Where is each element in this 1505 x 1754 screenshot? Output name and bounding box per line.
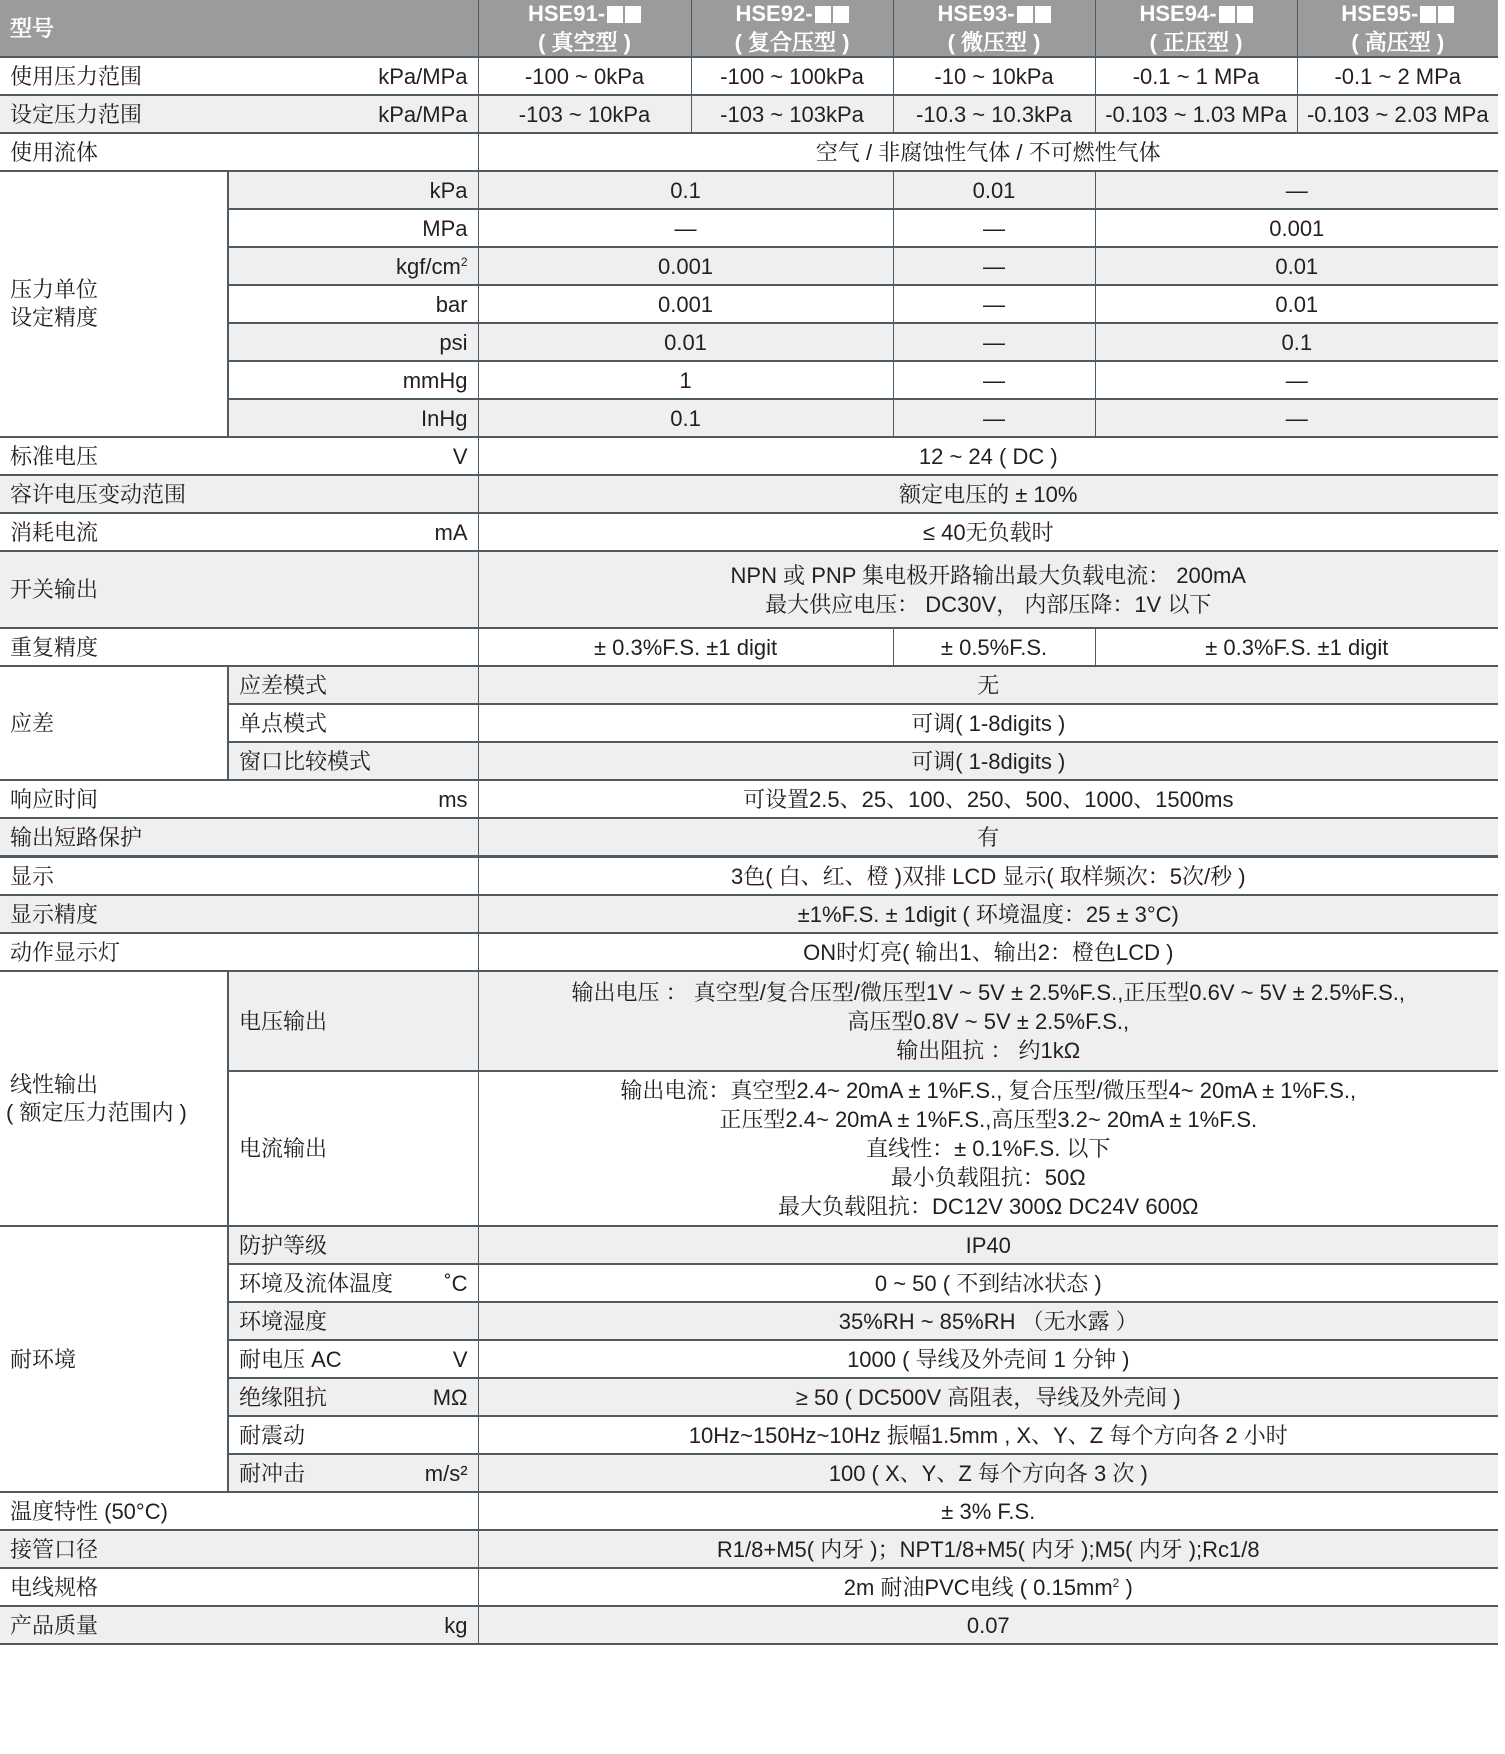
cell-value: 0.1 bbox=[1095, 323, 1498, 361]
unit-label: mmHg bbox=[228, 361, 478, 399]
row-label: 响应时间 bbox=[10, 786, 98, 813]
sub-label: 环境及流体温度 bbox=[239, 1270, 393, 1297]
row-label: 显示精度 bbox=[0, 895, 478, 933]
row-display-accuracy: 显示精度 ±1%F.S. ± 1digit ( 环境温度：25 ± 3°C) bbox=[0, 895, 1498, 933]
cell-value: 0.01 bbox=[478, 323, 893, 361]
row-label: 设定压力范围 bbox=[10, 101, 142, 128]
cell-value: — bbox=[478, 209, 893, 247]
model-hse94: HSE94-( 正压型 ) bbox=[1095, 0, 1297, 57]
row-cable: 电线规格 2m 耐油PVC电线 ( 0.15mm2 ) bbox=[0, 1568, 1498, 1606]
unit-label: kPa bbox=[228, 171, 478, 209]
cell-value: -103 ~ 10kPa bbox=[478, 95, 691, 133]
sub-label: 耐电压 AC bbox=[239, 1346, 342, 1373]
model-hse91: HSE91-( 真空型 ) bbox=[478, 0, 691, 57]
cell-value: IP40 bbox=[478, 1226, 1498, 1264]
row-label: 开关输出 bbox=[0, 551, 478, 628]
model-hse93: HSE93-( 微压型 ) bbox=[893, 0, 1095, 57]
row-short-protect: 输出短路保护 有 bbox=[0, 818, 1498, 857]
placeholder-boxes-icon bbox=[605, 2, 641, 29]
analog-label: 线性输出( 额定压力范围内 ) bbox=[0, 971, 228, 1226]
row-unit: V bbox=[453, 443, 468, 470]
spec-table: 型号 HSE91-( 真空型 ) HSE92-( 复合压型 ) HSE93-( … bbox=[0, 0, 1498, 1645]
row-unit: MΩ bbox=[433, 1384, 468, 1411]
environment-label: 耐环境 bbox=[0, 1226, 228, 1492]
sub-label: 耐冲击 bbox=[239, 1460, 305, 1487]
cell-value: 100 ( X、Y、Z 每个方向各 3 次 ) bbox=[478, 1454, 1498, 1492]
cell-value: 可设置2.5、25、100、250、500、1000、1500ms bbox=[478, 780, 1498, 818]
row-temp-characteristic: 温度特性 (50°C) ± 3% F.S. bbox=[0, 1492, 1498, 1530]
cell-value: 10Hz~150Hz~10Hz 振幅1.5mm , X、Y、Z 每个方向各 2 … bbox=[478, 1416, 1498, 1454]
row-label: 输出短路保护 bbox=[0, 818, 478, 857]
row-label: 标准电压 bbox=[10, 443, 98, 470]
cell-value: -10 ~ 10kPa bbox=[893, 57, 1095, 95]
row-label: 使用流体 bbox=[0, 133, 478, 171]
unit-label: kgf/cm2 bbox=[228, 247, 478, 285]
cell-value: 0 ~ 50 ( 不到结冰状态 ) bbox=[478, 1264, 1498, 1302]
sub-label: 电流输出 bbox=[228, 1071, 478, 1226]
cell-value: 0.01 bbox=[1095, 285, 1498, 323]
row-unit: ˚C bbox=[444, 1270, 467, 1297]
sub-label: 窗口比较模式 bbox=[228, 742, 478, 780]
row-repeatability: 重复精度 ± 0.3%F.S. ±1 digit ± 0.5%F.S. ± 0.… bbox=[0, 628, 1498, 666]
sub-label: 应差模式 bbox=[228, 666, 478, 704]
cell-value: -0.103 ~ 1.03 MPa bbox=[1095, 95, 1297, 133]
cell-value: 空气 / 非腐蚀性气体 / 不可燃性气体 bbox=[478, 133, 1498, 171]
row-label: 电线规格 bbox=[0, 1568, 478, 1606]
model-hse95: HSE95-( 高压型 ) bbox=[1297, 0, 1498, 57]
row-weight: 产品质量kg 0.07 bbox=[0, 1606, 1498, 1644]
sub-label: 耐震动 bbox=[239, 1422, 305, 1449]
row-unit: m/s² bbox=[425, 1460, 468, 1487]
resolution-label: 压力单位设定精度 bbox=[0, 171, 228, 437]
cell-value: NPN 或 PNP 集电极开路输出最大负载电流： 200mA最大供应电压： DC… bbox=[478, 551, 1498, 628]
cell-value: 0.001 bbox=[478, 247, 893, 285]
cell-value: ± 0.5%F.S. bbox=[893, 628, 1095, 666]
cell-value: 无 bbox=[478, 666, 1498, 704]
cell-value: 1000 ( 导线及外壳间 1 分钟 ) bbox=[478, 1340, 1498, 1378]
row-label: 温度特性 (50°C) bbox=[0, 1492, 478, 1530]
cell-value: ± 0.3%F.S. ±1 digit bbox=[478, 628, 893, 666]
placeholder-boxes-icon bbox=[813, 2, 849, 29]
row-unit: mA bbox=[435, 519, 468, 546]
row-switch-output: 开关输出 NPN 或 PNP 集电极开路输出最大负载电流： 200mA最大供应电… bbox=[0, 551, 1498, 628]
row-response: 响应时间ms 可设置2.5、25、100、250、500、1000、1500ms bbox=[0, 780, 1498, 818]
cell-value: 0.1 bbox=[478, 399, 893, 437]
cell-value: 2m 耐油PVC电线 ( 0.15mm2 ) bbox=[478, 1568, 1498, 1606]
row-analog-voltage: 线性输出( 额定压力范围内 ) 电压输出 输出电压 ： 真空型/复合压型/微压型… bbox=[0, 971, 1498, 1071]
cell-value: ±1%F.S. ± 1digit ( 环境温度：25 ± 3°C) bbox=[478, 895, 1498, 933]
cell-value: 0.1 bbox=[478, 171, 893, 209]
sub-label: 单点模式 bbox=[228, 704, 478, 742]
row-label: 使用压力范围 bbox=[10, 63, 142, 90]
row-unit: kg bbox=[444, 1612, 467, 1639]
cell-value: — bbox=[893, 247, 1095, 285]
cell-value: 额定电压的 ± 10% bbox=[478, 475, 1498, 513]
cell-value: 输出电流：真空型2.4~ 20mA ± 1%F.S., 复合压型/微压型4~ 2… bbox=[478, 1071, 1498, 1226]
cell-value: 0.01 bbox=[1095, 247, 1498, 285]
cell-value: — bbox=[893, 209, 1095, 247]
cell-value: -0.1 ~ 2 MPa bbox=[1297, 57, 1498, 95]
cell-value: -103 ~ 103kPa bbox=[691, 95, 893, 133]
row-hysteresis-mode: 应差 应差模式 无 bbox=[0, 666, 1498, 704]
row-unit: ms bbox=[438, 786, 467, 813]
row-label: 产品质量 bbox=[10, 1612, 98, 1639]
hysteresis-label: 应差 bbox=[0, 666, 228, 780]
row-voltage: 标准电压V 12 ~ 24 ( DC ) bbox=[0, 437, 1498, 475]
cell-value: -0.103 ~ 2.03 MPa bbox=[1297, 95, 1498, 133]
model-hse92: HSE92-( 复合压型 ) bbox=[691, 0, 893, 57]
row-unit: kPa/MPa bbox=[378, 101, 467, 128]
cell-value: 0.07 bbox=[478, 1606, 1498, 1644]
row-label: 重复精度 bbox=[0, 628, 478, 666]
row-label: 消耗电流 bbox=[10, 519, 98, 546]
sub-label: 电压输出 bbox=[228, 971, 478, 1071]
sub-label: 环境湿度 bbox=[239, 1308, 327, 1335]
unit-label: bar bbox=[228, 285, 478, 323]
cell-value: 可调( 1-8digits ) bbox=[478, 704, 1498, 742]
row-port: 接管口径 R1/8+M5( 内牙 )；NPT1/8+M5( 内牙 );M5( 内… bbox=[0, 1530, 1498, 1568]
cell-value: -100 ~ 100kPa bbox=[691, 57, 893, 95]
cell-value: — bbox=[1095, 171, 1498, 209]
cell-value: 0.001 bbox=[1095, 209, 1498, 247]
cell-value: ≤ 40无负载时 bbox=[478, 513, 1498, 551]
cell-value: — bbox=[893, 285, 1095, 323]
model-title: 型号 bbox=[0, 0, 478, 57]
row-unit: V bbox=[453, 1346, 468, 1373]
row-current: 消耗电流mA ≤ 40无负载时 bbox=[0, 513, 1498, 551]
cell-value: -10.3 ~ 10.3kPa bbox=[893, 95, 1095, 133]
cell-value: 0.01 bbox=[893, 171, 1095, 209]
unit-label: psi bbox=[228, 323, 478, 361]
cell-value: R1/8+M5( 内牙 )；NPT1/8+M5( 内牙 );M5( 内牙 );R… bbox=[478, 1530, 1498, 1568]
row-resolution-kpa: 压力单位设定精度 kPa 0.1 0.01 — bbox=[0, 171, 1498, 209]
header-row: 型号 HSE91-( 真空型 ) HSE92-( 复合压型 ) HSE93-( … bbox=[0, 0, 1498, 57]
cell-value: 1 bbox=[478, 361, 893, 399]
unit-label: MPa bbox=[228, 209, 478, 247]
placeholder-boxes-icon bbox=[1015, 2, 1051, 29]
cell-value: -0.1 ~ 1 MPa bbox=[1095, 57, 1297, 95]
cell-value: 可调( 1-8digits ) bbox=[478, 742, 1498, 780]
row-display: 显示 3色( 白、红、橙 )双排 LCD 显示( 取样频次：5次/秒 ) bbox=[0, 857, 1498, 896]
unit-label: InHg bbox=[228, 399, 478, 437]
cell-value: -100 ~ 0kPa bbox=[478, 57, 691, 95]
cell-value: ± 0.3%F.S. ±1 digit bbox=[1095, 628, 1498, 666]
cell-value: 0.001 bbox=[478, 285, 893, 323]
row-label: 容许电压变动范围 bbox=[0, 475, 478, 513]
cell-value: — bbox=[1095, 399, 1498, 437]
placeholder-boxes-icon bbox=[1217, 2, 1253, 29]
cell-value: ON时灯亮( 输出1、输出2：橙色LCD ) bbox=[478, 933, 1498, 971]
row-env-protection: 耐环境 防护等级 IP40 bbox=[0, 1226, 1498, 1264]
row-use-pressure: 使用压力范围kPa/MPa -100 ~ 0kPa -100 ~ 100kPa … bbox=[0, 57, 1498, 95]
cell-value: — bbox=[1095, 361, 1498, 399]
cell-value: 有 bbox=[478, 818, 1498, 857]
row-label: 动作显示灯 bbox=[0, 933, 478, 971]
row-voltage-range: 容许电压变动范围 额定电压的 ± 10% bbox=[0, 475, 1498, 513]
cell-value: — bbox=[893, 361, 1095, 399]
row-indicator: 动作显示灯 ON时灯亮( 输出1、输出2：橙色LCD ) bbox=[0, 933, 1498, 971]
sub-label: 防护等级 bbox=[239, 1232, 327, 1259]
row-set-pressure: 设定压力范围kPa/MPa -103 ~ 10kPa -103 ~ 103kPa… bbox=[0, 95, 1498, 133]
cell-value: — bbox=[893, 399, 1095, 437]
cell-value: 35%RH ~ 85%RH （无水露 ） bbox=[478, 1302, 1498, 1340]
cell-value: 3色( 白、红、橙 )双排 LCD 显示( 取样频次：5次/秒 ) bbox=[478, 857, 1498, 896]
cell-value: — bbox=[893, 323, 1095, 361]
row-unit: kPa/MPa bbox=[378, 63, 467, 90]
placeholder-boxes-icon bbox=[1418, 2, 1454, 29]
cell-value: ± 3% F.S. bbox=[478, 1492, 1498, 1530]
cell-value: ≥ 50 ( DC500V 高阻表，导线及外壳间 ) bbox=[478, 1378, 1498, 1416]
row-fluid: 使用流体 空气 / 非腐蚀性气体 / 不可燃性气体 bbox=[0, 133, 1498, 171]
row-label: 接管口径 bbox=[0, 1530, 478, 1568]
cell-value: 输出电压 ： 真空型/复合压型/微压型1V ~ 5V ± 2.5%F.S.,正压… bbox=[478, 971, 1498, 1071]
sub-label: 绝缘阻抗 bbox=[239, 1384, 327, 1411]
cell-value: 12 ~ 24 ( DC ) bbox=[478, 437, 1498, 475]
row-label: 显示 bbox=[0, 857, 478, 896]
